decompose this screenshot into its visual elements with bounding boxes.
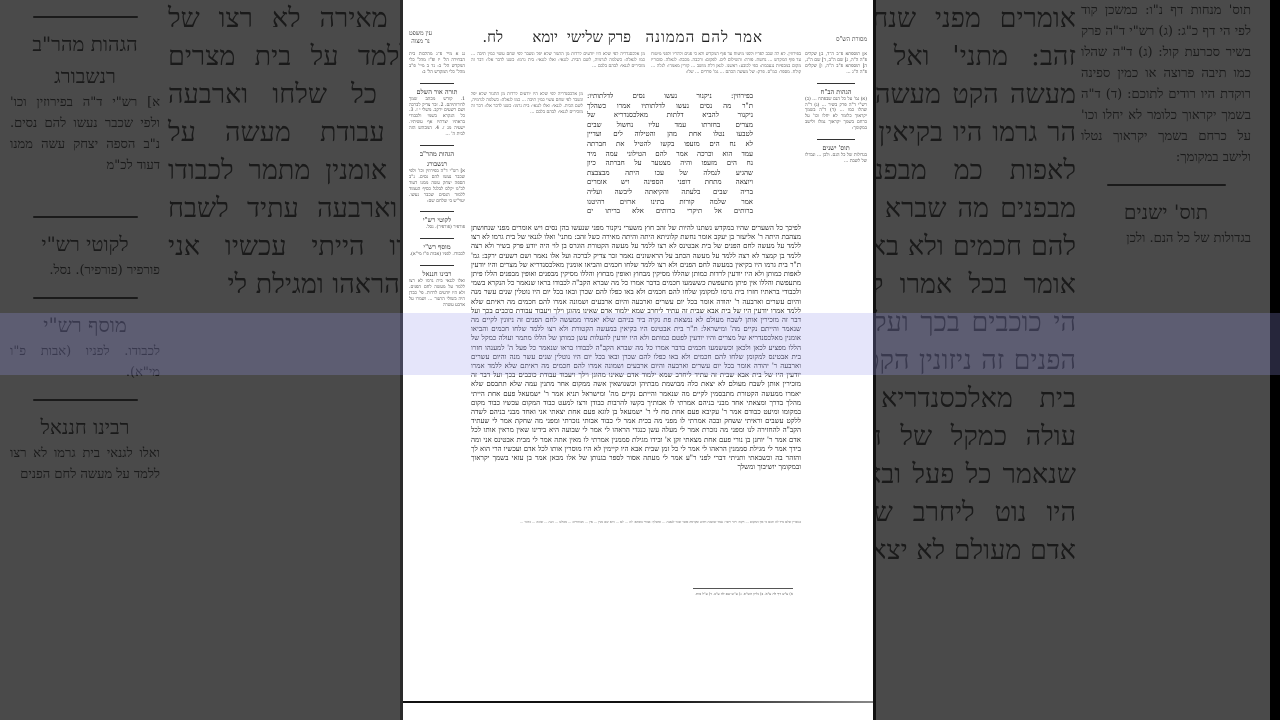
gemara-line: ויוצאה מתחת דופני הספינה ויש אומרים [587,178,753,188]
page-number: לח. [482,28,503,47]
background-main-text: והיתה מאירה לא רצו של בית ללמד על בית מצ… [168,0,403,304]
ner-mitzvah-title: נר מצוה [411,38,430,45]
commentary-bottom-block: בגזברין שלא מיד לה תבא כי אין המקום ... … [471,520,801,580]
gemara-line: אמר שלמה קורות בתינו ארזים רהיטנו [587,198,753,208]
background-main-text: אומרים מפני שנחשתן כשל זהב: מתני' ואל לל… [876,0,1076,570]
ornament-divider [817,139,854,140]
perek-label: פרק שלישי [567,28,631,47]
ornament-divider [420,265,454,266]
ornament-divider [420,211,454,212]
tosafot-yeshanim-heading: תוס' ישנים [805,143,867,153]
chapter-title: אמר להם הממונה [645,28,763,47]
ornament-divider [33,297,138,299]
rabbeinu-chananel-heading: רבינו חננאל [409,269,465,279]
gemara-line: ברותים אל תיקרי ברותים אלא בריתו ים [587,207,753,217]
background-heading: לקוטי רש"י [10,228,160,260]
hagahot-habach-heading: הגהות הב"ח [805,87,867,97]
gemara-line: לטבעו נטלו אחת מהן והטילוה לים ועדיין [587,130,753,140]
background-text: פורפיר (פורפיר). נסל. [10,260,160,281]
ornament-divider [33,16,138,18]
gemara-top-block: בפירוזין: ניקנור נעשו נסים לדלתותיו:ת"ר … [587,92,753,222]
hagahot-habach-text: (א) גמ' על כל הנם שבפתח ... (ב) רש"י ד"ה… [805,97,867,132]
right-margin-column: א] תוספתא פ"ב ה"ד, ב] שקלים פ"ה ה"ה, ג] … [805,52,867,165]
torah-ohr-heading: תורה אור השלם [409,87,465,97]
background-right-blurred-page: אומרים מפני שנחשתן כשל זהב: מתני' ואל לל… [876,0,1270,720]
gemara-line: נח הים מזעפו והיה מצטער על חברתה כיון [587,159,753,169]
ein-mishpat-title: עין משפט [409,30,432,37]
gemara-line: בפירוזין: ניקנור נעשו נסים לדלתותיו: [587,92,753,102]
ornament-divider [420,83,454,84]
tosafot-yeshanim-text: בגדולות של כל הנם. ולכן ... ונבדלו של לש… [805,153,867,165]
footnotes: א) ע"ש דף לה ע"א. ב) גליון הש"ס. ג) ע"ש … [473,592,793,596]
background-side-column: תוס' מנחות דף נ"ו: כמשכן קוד לפי הי דף כ… [1081,0,1251,249]
background-text: תוס' מנחות דף נ"ו: כמשכן קוד לפי הי דף כ… [1081,0,1251,168]
rashi-column: מן אלכסנדריה לפי שלא היו יודעים לרדות מן… [471,92,583,222]
background-heading: מוסף רש"י [10,309,160,341]
ornament-divider [420,238,454,239]
page-header: מסורת הש"ס אמר להם הממונה פרק שלישי יומא… [403,26,873,52]
likutei-rashi-text: פורפיר (פורפיר). נסל. [409,225,465,231]
ein-mishpat-label: עין משפט נר מצוה [409,30,432,46]
gemara-line: ניקנור להביא דלתות מאלכסנדריא של [587,111,753,121]
background-heading: תוס' ישנים [1081,196,1251,228]
gemara-line: לא נח הים מזעפו בקשו להטיל את חברתה [587,140,753,150]
musaf-rashi-heading: מוסף רש"י [409,242,465,252]
background-heading: הגהות מהר"ב רנשבורג [10,28,160,92]
background-text: ואלו לגנאי בית גרמו לא רצו ללמד על מעשה … [10,443,160,485]
ornament-divider [1107,184,1226,186]
rabbeinu-chananel-text: ואלו לגנאי בית גרמו לא רצו ללמד על מעשה … [409,279,465,309]
background-text: לכבודו. לפניו (אבות פ"ו מי"א). [10,341,160,383]
background-text: א] רש"י ד"ה בפירוזין וכו' ולפי שכבר נעשו… [10,92,160,176]
hagahot-text: א] רש"י ד"ה בפירוזין וכו' ולפי שכבר נעשו… [409,169,465,204]
masoret-hashas-label: מסורת הש"ס [836,36,867,43]
background-left-blurred-page: הגהות מהר"ב רנשבורג א] רש"י ד"ה בפירוזין… [0,0,403,720]
background-side-column: הגהות מהר"ב רנשבורג א] רש"י ד"ה בפירוזין… [10,0,160,485]
torah-ohr-text: 1. קודש מכתב שמך לדורותיהם. 2. זכר צדיק … [409,97,465,138]
gemara-line: מצרים בחזרתו עמד עליו נחשול שבים [587,121,753,131]
gemara-line: שהגיע לנמלה של עכו היתה מבצבצת [587,169,753,179]
musaf-rashi-text: לכבודו. לפניו (אבות פ"ו מי"א). [409,252,465,258]
page-bottom-rule [403,701,873,703]
page-border-right [873,0,876,720]
hagahot-heading: הגהות מהר"ב רנשבורג [409,149,465,169]
gemara-main-block: לפיכך כל השערים שהיו במקדש נשתנו להיות ש… [471,224,801,524]
background-heading: רבינו חננאל [10,411,160,443]
ornament-divider [33,216,138,218]
right-black-edge [1270,0,1280,720]
ein-mishpat-text: נג א מיי' פ"ג מהלכות בית הבחירה הל' יז ו… [409,52,465,76]
background-text: בגדולות של כל הנם. ולכן [1081,228,1251,249]
rashi-top-block: מן אלכסנדריה לפי שלא היו יודעים לרדות מן… [471,52,645,92]
likutei-rashi-heading: לקוטי רש"י [409,215,465,225]
gemara-line: עמד הוא וכרכה אמר להם הטילוני עמה מיד [587,150,753,160]
gemara-line: ת"ר מה נסים נעשו לדלתותיו אמרו כשהלך [587,102,753,112]
gemara-line: בריה שבים בלעתה והקיאתה ליבשה ועליה [587,188,753,198]
ornament-divider [420,145,454,146]
talmud-page: מסורת הש"ס אמר להם הממונה פרק שלישי יומא… [403,0,873,720]
masoret-hashas-text: א] תוספתא פ"ב ה"ד, ב] שקלים פ"ה ה"ה, ג] … [805,52,867,76]
left-margin-column: נג א מיי' פ"ג מהלכות בית הבחירה הל' יז ו… [409,52,465,309]
ornament-divider [817,83,854,84]
footnote-rule [693,588,793,589]
tractate-name: יומא [532,28,558,47]
ornament-divider [33,399,138,401]
